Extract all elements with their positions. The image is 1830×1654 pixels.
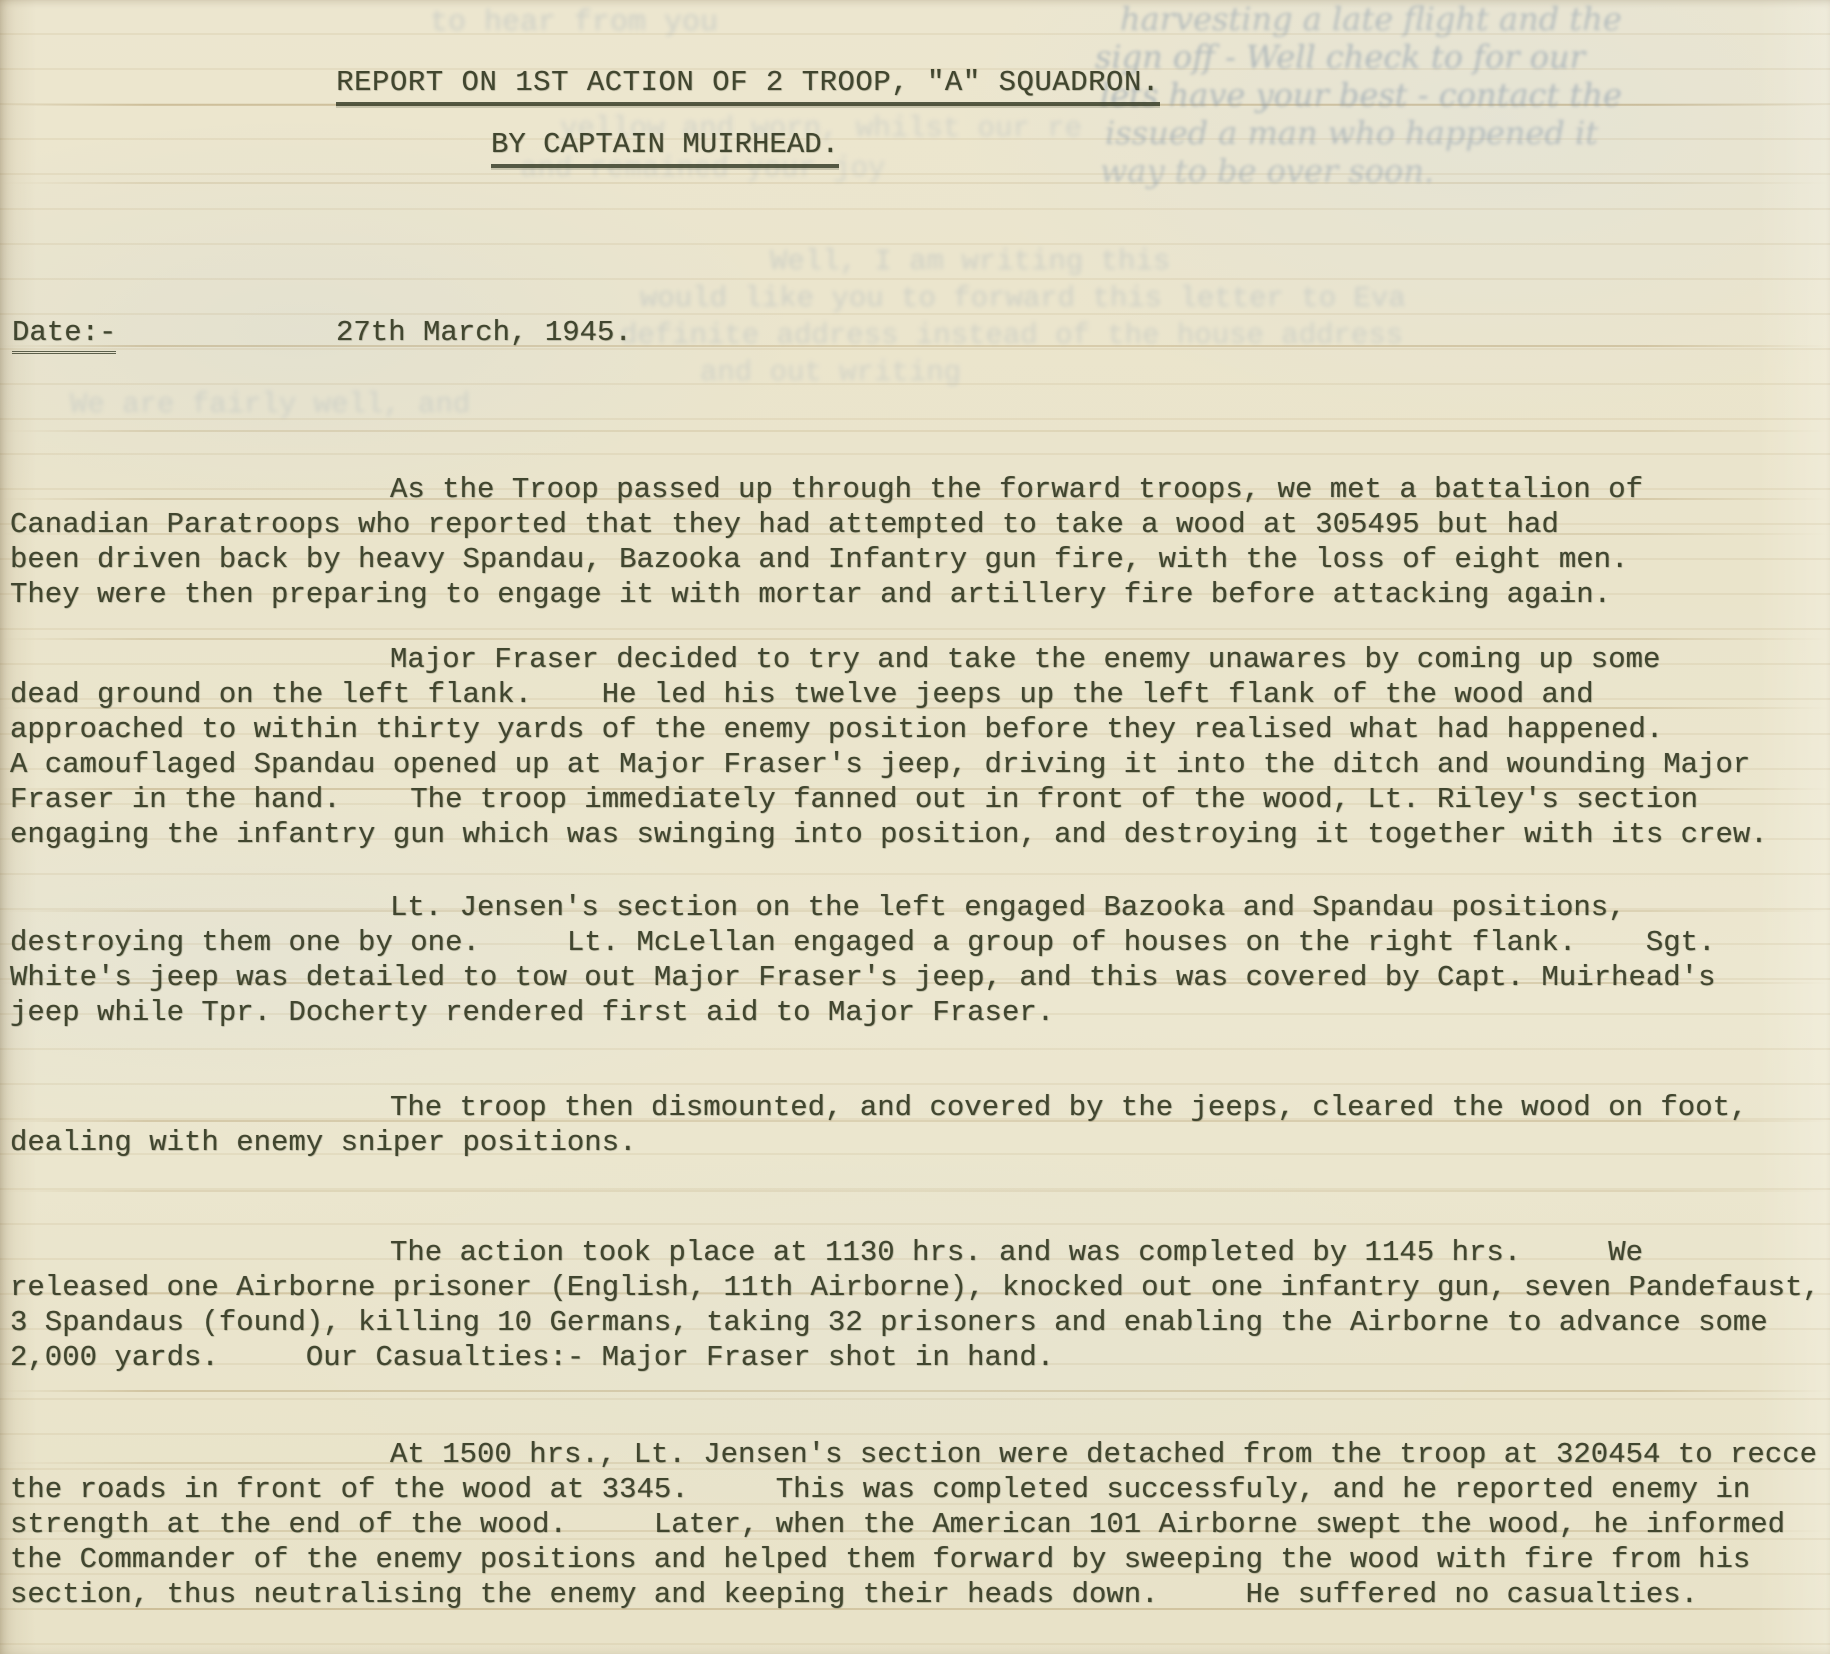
typed-line: approached to within thirty yards of the… xyxy=(10,712,1830,747)
report-paragraph-5: The action took place at 1130 hrs. and w… xyxy=(10,1235,1830,1375)
typed-line: released one Airborne prisoner (English,… xyxy=(10,1270,1830,1305)
date-value: 27th March, 1945. xyxy=(336,316,632,349)
typed-line: The troop then dismounted, and covered b… xyxy=(10,1090,1830,1125)
typed-line: As the Troop passed up through the forwa… xyxy=(10,472,1830,507)
report-paragraph-6: At 1500 hrs., Lt. Jensen's section were … xyxy=(10,1437,1830,1612)
typed-line: Lt. Jensen's section on the left engaged… xyxy=(10,890,1830,925)
typed-line: The action took place at 1130 hrs. and w… xyxy=(10,1235,1830,1270)
ghost-text: would like you to forward this letter to… xyxy=(640,282,1406,315)
report-paragraph-3: Lt. Jensen's section on the left engaged… xyxy=(10,890,1830,1030)
typed-line: been driven back by heavy Spandau, Bazoo… xyxy=(10,542,1830,577)
typed-line: 3 Spandaus (found), killing 10 Germans, … xyxy=(10,1305,1830,1340)
report-paragraph-1: As the Troop passed up through the forwa… xyxy=(10,472,1830,612)
ghost-text: to hear from you xyxy=(430,6,718,40)
typed-line: Major Fraser decided to try and take the… xyxy=(10,642,1830,677)
report-paragraph-4: The troop then dismounted, and covered b… xyxy=(10,1090,1830,1160)
typed-line: destroying them one by one. Lt. McLellan… xyxy=(10,925,1830,960)
ghost-text: harvesting a late flight and the xyxy=(1120,0,1622,38)
typed-line: They were then preparing to engage it wi… xyxy=(10,577,1830,612)
rule-line xyxy=(0,182,1830,184)
typed-line: the Commander of the enemy positions and… xyxy=(10,1542,1830,1577)
ghost-text: Well, I am writing this xyxy=(770,245,1170,278)
typed-line: Fraser in the hand. The troop immediatel… xyxy=(10,782,1830,817)
report-byline-text: BY CAPTAIN MUIRHEAD. xyxy=(491,128,839,168)
typed-line: jeep while Tpr. Docherty rendered first … xyxy=(10,995,1830,1030)
date-label: Date:- xyxy=(12,316,116,354)
report-byline: BY CAPTAIN MUIRHEAD. xyxy=(0,128,1330,161)
report-title-text: REPORT ON 1ST ACTION OF 2 TROOP, "A" SQU… xyxy=(336,66,1160,106)
rule-line xyxy=(0,1390,1830,1392)
typed-line: At 1500 hrs., Lt. Jensen's section were … xyxy=(10,1437,1830,1472)
typed-line: A camouflaged Spandau opened up at Major… xyxy=(10,747,1830,782)
typed-line: dead ground on the left flank. He led hi… xyxy=(10,677,1830,712)
rule-line xyxy=(0,345,1830,347)
typed-line: Canadian Paratroops who reported that th… xyxy=(10,507,1830,542)
typed-line: strength at the end of the wood. Later, … xyxy=(10,1507,1830,1542)
report-title: REPORT ON 1ST ACTION OF 2 TROOP, "A" SQU… xyxy=(0,66,1496,99)
typed-line: dealing with enemy sniper positions. xyxy=(10,1125,1830,1160)
rule-line xyxy=(0,1190,1830,1192)
rule-line xyxy=(0,430,1830,432)
typed-line: the roads in front of the wood at 3345. … xyxy=(10,1472,1830,1507)
scanned-report-page: { "document": { "title": "REPORT ON 1ST … xyxy=(0,0,1830,1654)
rule-line xyxy=(0,638,1830,640)
typed-line: section, thus neutralising the enemy and… xyxy=(10,1577,1830,1612)
ghost-text: We are fairly well, and xyxy=(70,388,470,421)
report-paragraph-2: Major Fraser decided to try and take the… xyxy=(10,642,1830,852)
typed-line: 2,000 yards. Our Casualties:- Major Fras… xyxy=(10,1340,1830,1375)
typed-line: White's jeep was detailed to tow out Maj… xyxy=(10,960,1830,995)
typed-line: engaging the infantry gun which was swin… xyxy=(10,817,1830,852)
ghost-text: definite address instead of the house ad… xyxy=(620,319,1403,352)
ghost-text: and out writing xyxy=(700,356,961,389)
